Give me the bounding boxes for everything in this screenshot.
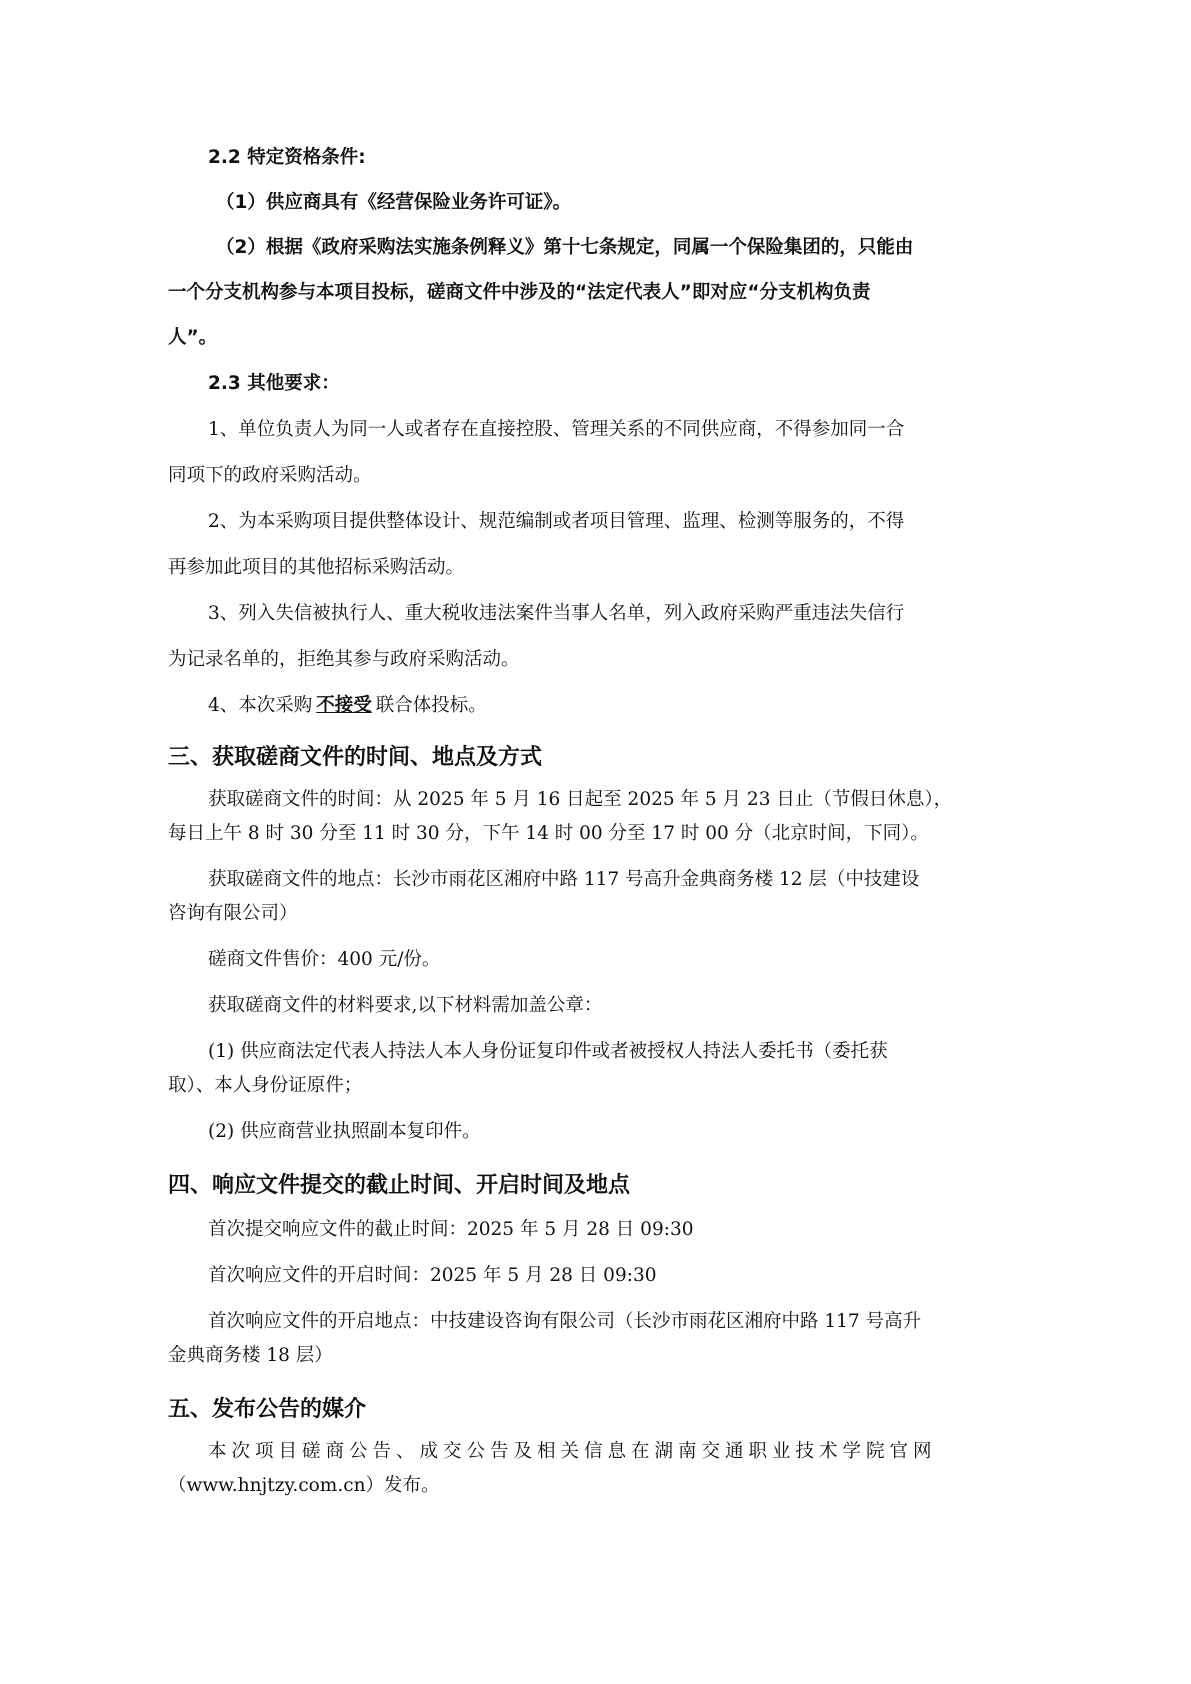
section-5-line-1: 本次项目磋商公告、成交公告及相关信息在湖南交通职业技术学院官网 [208, 1440, 937, 1464]
section-3-time-line-1: 获取磋商文件的时间：从 2025 年 5 月 16 日起至 2025 年 5 月… [208, 788, 952, 812]
section-3-place-line-1: 获取磋商文件的地点：长沙市雨花区湘府中路 117 号高升金典商务楼 12 层（中… [208, 868, 919, 892]
section-3-time-line-2: 每日上午 8 时 30 分至 11 时 30 分，下午 14 时 00 分至 1… [168, 822, 929, 846]
section-3-materials-title: 获取磋商文件的材料要求,以下材料需加盖公章： [208, 994, 602, 1018]
item-4-prefix: 4、本次采购 [208, 695, 312, 716]
section-3-heading: 三、获取磋商文件的时间、地点及方式 [168, 744, 542, 772]
section-4-heading: 四、响应文件提交的截止时间、开启时间及地点 [168, 1172, 630, 1200]
section-3-material-2: (2) 供应商营业执照副本复印件。 [208, 1120, 481, 1144]
section-2-3-item-3-line-1: 3、列入失信被执行人、重大税收违法案件当事人名单，列入政府采购严重违法失信行 [208, 602, 904, 626]
consortium-status: 不接受 [312, 695, 376, 716]
section-3-place-line-2: 咨询有限公司） [168, 902, 298, 926]
section-2-3-item-1-line-2: 同项下的政府采购活动。 [168, 464, 372, 488]
section-3-material-1-line-2: 取）、本人身份证原件； [168, 1074, 362, 1098]
section-2-3-item-1-line-1: 1、单位负责人为同一人或者存在直接控股、管理关系的不同供应商，不得参加同一合 [208, 418, 904, 442]
section-2-3-item-2-line-1: 2、为本采购项目提供整体设计、规范编制或者项目管理、监理、检测等服务的，不得 [208, 510, 904, 534]
section-2-2-item-2-line-1: （2）根据《政府采购法实施条例释义》第十七条规定，同属一个保险集团的，只能由 [216, 236, 913, 260]
section-5-heading: 五、发布公告的媒介 [168, 1396, 366, 1424]
section-2-3-title: 2.3 其他要求： [208, 372, 340, 396]
section-2-3-item-2-line-2: 再参加此项目的其他招标采购活动。 [168, 556, 464, 580]
section-4-deadline: 首次提交响应文件的截止时间：2025 年 5 月 28 日 09:30 [208, 1218, 694, 1242]
section-4-open-place-line-2: 金典商务楼 18 层） [168, 1344, 333, 1368]
section-2-2-item-1: （1）供应商具有《经营保险业务许可证》。 [216, 191, 571, 215]
section-2-2-item-2-line-2: 一个分支机构参与本项目投标，磋商文件中涉及的“法定代表人”即对应“分支机构负责 [168, 281, 870, 305]
item-4-suffix: 联合体投标。 [376, 695, 487, 716]
section-2-2-item-2-line-3: 人”。 [168, 326, 217, 350]
section-2-3-item-4: 4、本次采购不接受联合体投标。 [208, 694, 487, 718]
section-2-3-item-3-line-2: 为记录名单的，拒绝其参与政府采购活动。 [168, 648, 520, 672]
section-4-open-time: 首次响应文件的开启时间：2025 年 5 月 28 日 09:30 [208, 1264, 657, 1288]
section-4-open-place-line-1: 首次响应文件的开启地点：中技建设咨询有限公司（长沙市雨花区湘府中路 117 号高… [208, 1310, 921, 1334]
section-2-2-title: 2.2 特定资格条件: [208, 146, 366, 170]
section-5-line-2: （www.hnjtzy.com.cn）发布。 [168, 1474, 440, 1498]
section-3-material-1-line-1: (1) 供应商法定代表人持法人本人身份证复印件或者被授权人持法人委托书（委托获 [208, 1040, 888, 1064]
section-3-price: 磋商文件售价：400 元/份。 [208, 948, 440, 972]
